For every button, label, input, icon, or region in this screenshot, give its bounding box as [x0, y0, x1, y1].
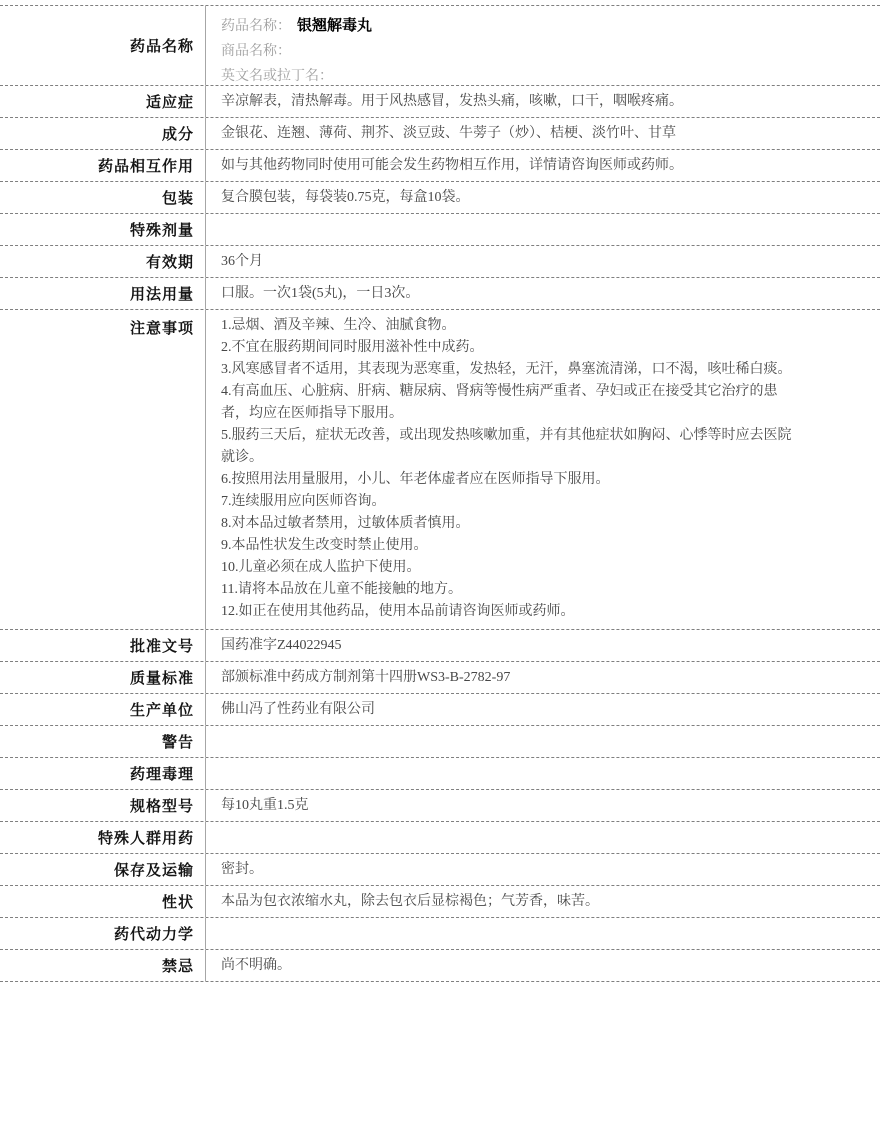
field-label: 注意事项	[0, 310, 206, 629]
field-value: 密封。	[206, 854, 880, 885]
trade-name-key: 商品名称：	[221, 44, 291, 59]
field-label: 保存及运输	[0, 854, 206, 885]
trade-name-line: 商品名称：	[221, 39, 792, 64]
field-value	[206, 918, 880, 949]
field-label: 批准文号	[0, 630, 206, 661]
field-value: 36个月	[206, 246, 880, 277]
row-dosage-administration: 用法用量 口服。一次1袋(5丸)，一日3次。	[0, 278, 880, 310]
field-value	[206, 214, 880, 245]
row-packaging: 包装 复合膜包装，每袋装0.75克，每盒10袋。	[0, 182, 880, 214]
field-label: 特殊人群用药	[0, 822, 206, 853]
row-contraindications: 禁忌 尚不明确。	[0, 950, 880, 982]
generic-name-key: 药品名称：	[221, 19, 291, 34]
field-value	[206, 822, 880, 853]
field-value	[206, 726, 880, 757]
generic-name-value: 银翘解毒丸	[291, 18, 372, 34]
row-quality-standard: 质量标准 部颁标准中药成方制剂第十四册WS3-B-2782-97	[0, 662, 880, 694]
field-label: 特殊剂量	[0, 214, 206, 245]
field-label: 药品相互作用	[0, 150, 206, 181]
row-manufacturer: 生产单位 佛山冯了性药业有限公司	[0, 694, 880, 726]
field-label: 质量标准	[0, 662, 206, 693]
row-drug-name: 药品名称 药品名称：银翘解毒丸 商品名称： 英文名或拉丁名：	[0, 6, 880, 86]
field-label: 有效期	[0, 246, 206, 277]
english-name-key: 英文名或拉丁名：	[221, 69, 333, 84]
row-precautions: 注意事项 1.忌烟、酒及辛辣、生冷、油腻食物。 2.不宜在服药期间同时服用滋补性…	[0, 310, 880, 630]
english-name-value	[333, 68, 339, 84]
row-pharmacology-toxicology: 药理毒理	[0, 758, 880, 790]
field-label: 性状	[0, 886, 206, 917]
field-value: 部颁标准中药成方制剂第十四册WS3-B-2782-97	[206, 662, 880, 693]
row-specification: 规格型号 每10丸重1.5克	[0, 790, 880, 822]
field-label: 适应症	[0, 86, 206, 117]
field-label: 禁忌	[0, 950, 206, 981]
row-warning: 警告	[0, 726, 880, 758]
row-storage-transport: 保存及运输 密封。	[0, 854, 880, 886]
field-value	[206, 758, 880, 789]
field-value: 金银花、连翘、薄荷、荆芥、淡豆豉、牛蒡子（炒）、桔梗、淡竹叶、甘草	[206, 118, 880, 149]
field-value: 复合膜包装，每袋装0.75克，每盒10袋。	[206, 182, 880, 213]
field-label: 包装	[0, 182, 206, 213]
row-ingredients: 成分 金银花、连翘、薄荷、荆芥、淡豆豉、牛蒡子（炒）、桔梗、淡竹叶、甘草	[0, 118, 880, 150]
row-special-dosage: 特殊剂量	[0, 214, 880, 246]
field-label: 药代动力学	[0, 918, 206, 949]
field-value: 口服。一次1袋(5丸)，一日3次。	[206, 278, 880, 309]
field-label: 警告	[0, 726, 206, 757]
row-indications: 适应症 辛凉解表，清热解毒。用于风热感冒，发热头痛，咳嗽，口干，咽喉疼痛。	[0, 86, 880, 118]
field-label: 生产单位	[0, 694, 206, 725]
field-label: 药理毒理	[0, 758, 206, 789]
field-label: 用法用量	[0, 278, 206, 309]
field-value: 尚不明确。	[206, 950, 880, 981]
row-special-populations: 特殊人群用药	[0, 822, 880, 854]
field-value: 辛凉解表，清热解毒。用于风热感冒，发热头痛，咳嗽，口干，咽喉疼痛。	[206, 86, 880, 117]
field-value: 佛山冯了性药业有限公司	[206, 694, 880, 725]
row-properties: 性状 本品为包衣浓缩水丸，除去包衣后显棕褐色；气芳香，味苦。	[0, 886, 880, 918]
drug-info-table: 药品名称 药品名称：银翘解毒丸 商品名称： 英文名或拉丁名： 适应症 辛凉解表，…	[0, 5, 880, 982]
field-label: 成分	[0, 118, 206, 149]
field-label: 药品名称	[0, 6, 206, 85]
field-value: 1.忌烟、酒及辛辣、生冷、油腻食物。 2.不宜在服药期间同时服用滋补性中成药。 …	[206, 310, 880, 629]
field-value: 每10丸重1.5克	[206, 790, 880, 821]
field-label: 规格型号	[0, 790, 206, 821]
trade-name-value	[291, 43, 297, 59]
generic-name-line: 药品名称：银翘解毒丸	[221, 14, 792, 39]
field-value: 本品为包衣浓缩水丸，除去包衣后显棕褐色；气芳香，味苦。	[206, 886, 880, 917]
row-approval-number: 批准文号 国药准字Z44022945	[0, 630, 880, 662]
drug-name-block: 药品名称：银翘解毒丸 商品名称： 英文名或拉丁名：	[206, 6, 880, 85]
field-value: 国药准字Z44022945	[206, 630, 880, 661]
field-value: 如与其他药物同时使用可能会发生药物相互作用，详情请咨询医师或药师。	[206, 150, 880, 181]
row-pharmacokinetics: 药代动力学	[0, 918, 880, 950]
row-drug-interactions: 药品相互作用 如与其他药物同时使用可能会发生药物相互作用，详情请咨询医师或药师。	[0, 150, 880, 182]
row-shelf-life: 有效期 36个月	[0, 246, 880, 278]
